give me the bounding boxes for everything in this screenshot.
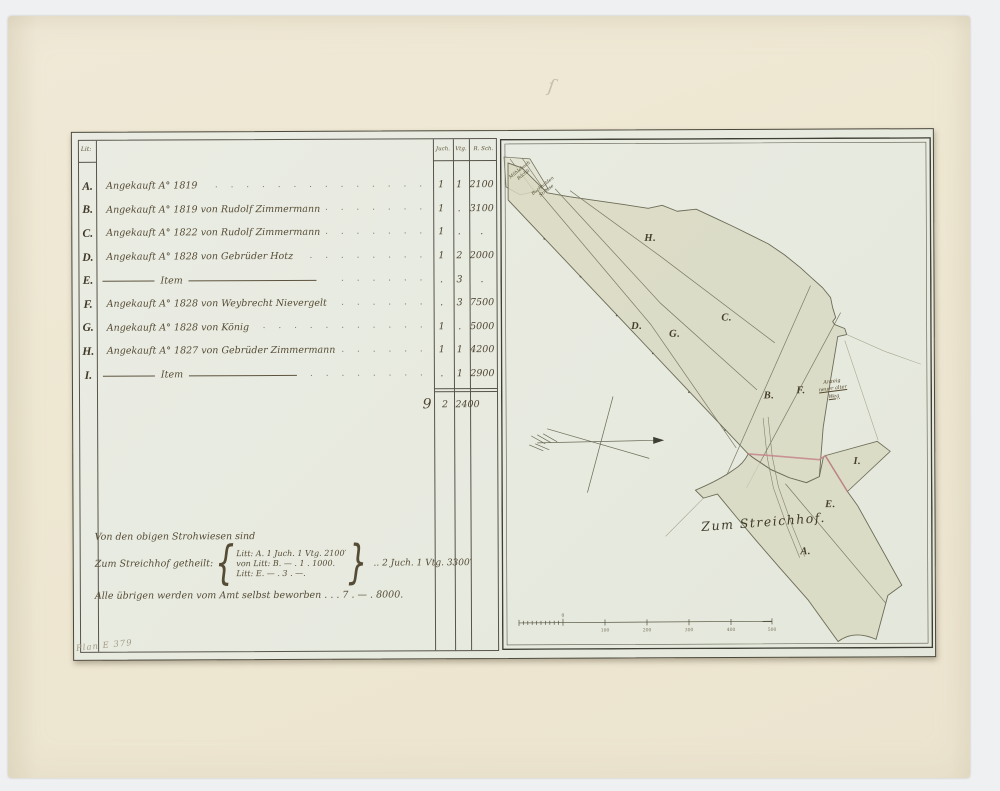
total-row: 9 2 2400 [80, 396, 497, 414]
row-value-vtg: . [452, 321, 468, 332]
brace-row: Litt: E. — . 3 . —. [236, 569, 346, 578]
compass-cross [529, 396, 656, 493]
map-drawing: 0 100 200 300 400 500 [500, 137, 933, 650]
row-value-juch: 1 [431, 203, 451, 214]
footer-line1: Von den obigen Strohwiesen sind [95, 530, 493, 543]
row-value-juch: . [432, 297, 452, 308]
brace-row: von Litt: B. — . 1 . 1000. [236, 559, 346, 568]
table-row: D. Angekauft A° 1828 von Gebrüder Hotz 1… [79, 244, 496, 269]
total-vtg: 2 [437, 399, 453, 410]
row-value-juch: . [432, 368, 452, 379]
row-value-schuh: 2900 [468, 368, 497, 379]
table-row: G. Angekauft A° 1828 von König 1 . 5000 [80, 315, 497, 340]
scale-label: 200 [643, 627, 652, 633]
row-value-schuh: 5000 [468, 321, 497, 332]
row-value-juch: . [431, 274, 451, 285]
parcel-label-A: A. [800, 546, 811, 557]
scale-label: 500 [768, 627, 777, 633]
row-value-juch: 1 [431, 180, 451, 191]
parcel-label-B: B. [764, 390, 775, 401]
neighbour-sketch-lines [845, 334, 921, 440]
row-value-juch: 1 [431, 250, 451, 261]
total-rule-top [434, 388, 497, 389]
col-header-lit: Lit: [81, 146, 91, 153]
row-description: Angekauft A° 1828 von Weybrecht Nieverge… [107, 298, 327, 310]
row-value-schuh: 2000 [467, 250, 496, 261]
row-letter: H. [80, 346, 97, 358]
row-description: Angekauft A° 1822 von Rudolf Zimmermann [106, 227, 320, 239]
row-value-vtg: 3 [451, 274, 467, 285]
parcel-label-I: I. [853, 456, 861, 467]
row-value-vtg: 1 [452, 368, 468, 379]
footer-line2-label: Zum Streichhof getheilt: [95, 558, 214, 570]
ditto-dash [189, 373, 297, 375]
table-row: C. Angekauft A° 1822 von Rudolf Zimmerma… [79, 220, 496, 245]
row-value-vtg: . [451, 203, 467, 214]
dot-leader [327, 274, 428, 286]
parcel-label-D: D. [631, 321, 642, 332]
row-value-vtg: 3 [452, 297, 468, 308]
footer-line2: Zum Streichhof getheilt: { Litt: A. 1 Ju… [95, 545, 493, 582]
total-rule-bottom [434, 391, 497, 392]
lower-parcel-band [695, 453, 902, 642]
main-parcel-band [508, 162, 847, 484]
footer-note: Von den obigen Strohwiesen sind Zum Stre… [95, 530, 493, 602]
row-value-vtg: . [451, 227, 467, 238]
row-letter: E. [79, 275, 96, 287]
map-panel: 0 100 200 300 400 500 H. C. G. D. B. F. … [500, 137, 933, 650]
margin-annotation: Anzeig neuer alter Weg [818, 377, 849, 402]
row-value-juch: 1 [431, 227, 451, 238]
row-letter: C. [79, 228, 96, 240]
row-description: Angekauft A° 1819 [106, 181, 197, 192]
dot-leader [307, 368, 428, 381]
row-value-schuh: 7500 [468, 297, 497, 308]
scanned-archive-page: ſ Lit: Juch. Vtg. R. Sch. A. Angekauft A… [0, 0, 1000, 791]
row-value-schuh: . [467, 274, 496, 285]
ditto-dash [103, 374, 155, 376]
dot-leader [297, 250, 427, 263]
header-rule-right [433, 160, 496, 161]
scale-bar [519, 618, 772, 626]
table-row-item: E. Item . 3 . [79, 267, 496, 292]
scale-label: 100 [601, 628, 610, 634]
table-row: A. Angekauft A° 1819 1 1 2100 [79, 173, 496, 198]
dot-leader [201, 179, 427, 192]
total-juch: 9 [417, 396, 437, 412]
left-brace: { [215, 537, 234, 591]
row-value-vtg: 2 [451, 250, 467, 261]
dot-leader [339, 344, 427, 356]
dot-leader [324, 226, 427, 238]
row-letter: A. [79, 181, 96, 193]
row-letter: B. [79, 204, 96, 216]
table-row: H. Angekauft A° 1827 von Gebrüder Zimmer… [80, 338, 497, 363]
col-header-juch: Juch. [433, 146, 453, 152]
row-letter: I. [80, 369, 97, 381]
row-letter: D. [79, 251, 96, 263]
dot-leader [324, 203, 427, 215]
row-value-schuh: . [467, 227, 496, 238]
plan-sheet: Lit: Juch. Vtg. R. Sch. A. Angekauft A° … [71, 128, 936, 661]
row-description: Angekauft A° 1828 von Gebrüder Hotz [106, 251, 293, 263]
register-table-panel: Lit: Juch. Vtg. R. Sch. A. Angekauft A° … [78, 138, 499, 653]
row-value-juch: 1 [432, 345, 452, 356]
row-letter: F. [80, 299, 97, 311]
table-row: F. Angekauft A° 1828 von Weybrecht Nieve… [80, 291, 497, 316]
dot-leader [253, 321, 428, 334]
ditto-dash [189, 279, 317, 282]
total-schuh: 2400 [453, 399, 482, 410]
parcel-label-E: E. [825, 499, 836, 510]
scale-zero-label: 0 [562, 613, 565, 619]
register-rows: A. Angekauft A° 1819 1 1 2100 B. Angekau… [79, 173, 497, 387]
dot-leader [331, 297, 428, 309]
header-rule-left [79, 162, 96, 163]
row-description: Item [161, 369, 183, 380]
table-row-item: I. Item . 1 2900 [80, 362, 497, 387]
parcel-label-F: F. [796, 385, 805, 396]
right-brace: } [348, 536, 367, 590]
compass-arrowhead [653, 437, 664, 444]
scale-label: 300 [685, 627, 694, 633]
table-row: B. Angekauft A° 1819 von Rudolf Zimmerma… [79, 197, 496, 222]
col-header-value: R. Sch. [469, 146, 498, 152]
brace-row: Litt: A. 1 Juch. 1 Vtg. 2100′ [236, 549, 346, 558]
ditto-dash [102, 280, 154, 282]
parcel-label-G: G. [669, 329, 680, 340]
row-value-schuh: 4200 [468, 344, 497, 355]
row-value-schuh: 2100 [467, 179, 496, 190]
col-header-vtg: Vtg. [453, 146, 469, 152]
row-description: Angekauft A° 1827 von Gebrüder Zimmerman… [107, 345, 336, 357]
parcel-label-C: C. [721, 313, 732, 324]
row-value-vtg: 1 [451, 179, 467, 190]
field-path-line [665, 498, 703, 536]
footer-line2-result: .. 2 Juch. 1 Vtg. 3300′ [373, 558, 471, 568]
row-description: Item [160, 275, 182, 286]
brace-rows: Litt: A. 1 Juch. 1 Vtg. 2100′ von Litt: … [236, 549, 346, 578]
footer-line3: Alle übrigen werden vom Amt selbst bewor… [95, 589, 493, 602]
row-letter: G. [80, 322, 97, 334]
row-value-juch: 1 [432, 321, 452, 332]
row-value-vtg: 1 [452, 345, 468, 356]
row-description: Angekauft A° 1819 von Rudolf Zimmermann [106, 204, 320, 216]
parcel-label-H: H. [644, 233, 656, 244]
row-value-schuh: 3100 [467, 203, 496, 214]
row-description: Angekauft A° 1828 von König [107, 322, 249, 334]
scale-label: 400 [727, 627, 736, 633]
